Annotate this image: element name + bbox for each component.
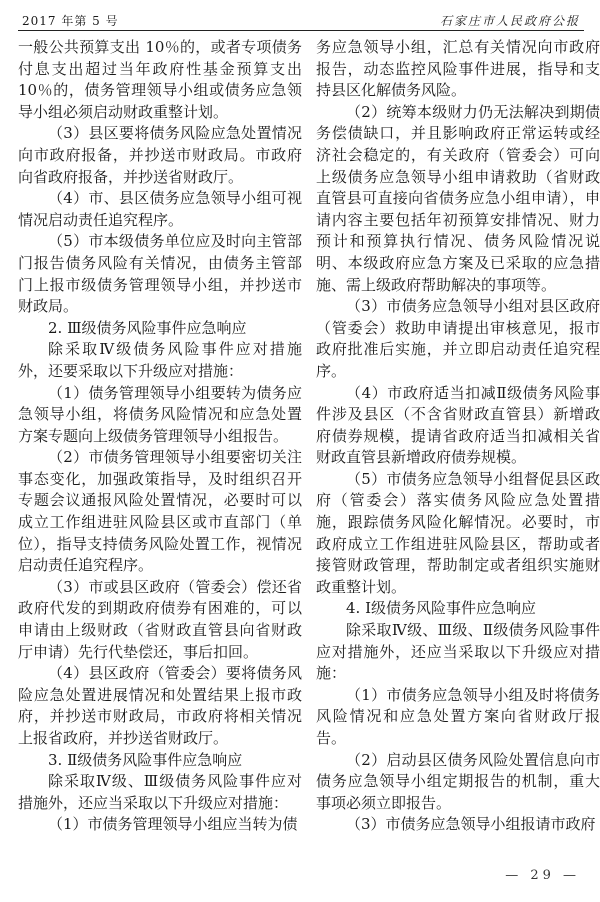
paragraph: （3）县区要将债务风险应急处置情况向市政府报备，并抄送市财政局。市政府向省政府报…	[18, 123, 302, 188]
page-header: 2017 年第 5 号 石家庄市人民政府公报	[18, 8, 584, 31]
paragraph: （2）启动县区债务风险处置信息向市债务应急领导小组定期报告的机制，重大事项必须立…	[316, 750, 600, 815]
right-column: 务应急领导小组，汇总有关情况向市政府报告，动态监控风险事件进展，指导和支持县区化…	[316, 37, 600, 836]
paragraph: 除采取Ⅳ级债务风险事件应对措施外，还要采取以下升级应对措施：	[18, 339, 302, 382]
paragraph: 除采取Ⅳ级、Ⅲ级、Ⅱ级债务风险事件应对措施外，还应当采取以下升级应对措施：	[316, 620, 600, 685]
paragraph: （2）统筹本级财力仍无法解决到期债务偿债缺口，并且影响政府正常运转或经济社会稳定…	[316, 102, 600, 296]
left-column: 一般公共预算支出 10％的，或者专项债务付息支出超过当年政府性基金预算支出 10…	[18, 37, 302, 836]
paragraph: （4）市政府适当扣减Ⅱ级债务风险事件涉及县区（不含省财政直管县）新增政府债券规模…	[316, 383, 600, 469]
paragraph: 除采取Ⅳ级、Ⅲ级债务风险事件应对措施外，还应当采取以下升级应对措施：	[18, 771, 302, 814]
paragraph: （4）县区政府（管委会）要将债务风险应急处置进展情况和处置结果上报市政府，并抄送…	[18, 663, 302, 749]
paragraph: （3）市或县区政府（管委会）偿还省政府代发的到期政府债券有困难的，可以申请由上级…	[18, 577, 302, 663]
section-heading: 3. Ⅱ级债务风险事件应急响应	[18, 750, 302, 772]
paragraph: （1）市债务应急领导小组及时将债务风险情况和应急处置方案向省财政厅报告。	[316, 685, 600, 750]
issue-label: 2017 年第 5 号	[22, 12, 119, 29]
paragraph: 一般公共预算支出 10％的，或者专项债务付息支出超过当年政府性基金预算支出 10…	[18, 37, 302, 123]
paragraph: （4）市、县区债务应急领导小组可视情况启动责任追究程序。	[18, 188, 302, 231]
section-heading: 4. Ⅰ级债务风险事件应急响应	[316, 598, 600, 620]
section-heading: 2. Ⅲ级债务风险事件应急响应	[18, 318, 302, 340]
paragraph: （5）市债务应急领导小组督促县区政府（管委会）落实债务风险应急处置措施，跟踪债务…	[316, 469, 600, 599]
page-number: — 29 —	[505, 868, 580, 883]
publication-title: 石家庄市人民政府公报	[440, 12, 580, 29]
paragraph: （5）市本级债务单位应及时向主管部门报告债务风险有关情况，由债务主管部门上报市级…	[18, 231, 302, 317]
paragraph: （2）市债务管理领导小组要密切关注事态变化，加强政策指导，及时组织召开专题会议通…	[18, 447, 302, 577]
paragraph: （1）债务管理领导小组要转为债务应急领导小组，将债务风险情况和应急处置方案专题向…	[18, 383, 302, 448]
paragraph: （3）市债务应急领导小组报请市政府	[316, 814, 600, 836]
paragraph: 务应急领导小组，汇总有关情况向市政府报告，动态监控风险事件进展，指导和支持县区化…	[316, 37, 600, 102]
paragraph: （1）市债务管理领导小组应当转为债	[18, 814, 302, 836]
paragraph: （3）市债务应急领导小组对县区政府（管委会）救助申请提出审核意见，报市政府批准后…	[316, 296, 600, 382]
